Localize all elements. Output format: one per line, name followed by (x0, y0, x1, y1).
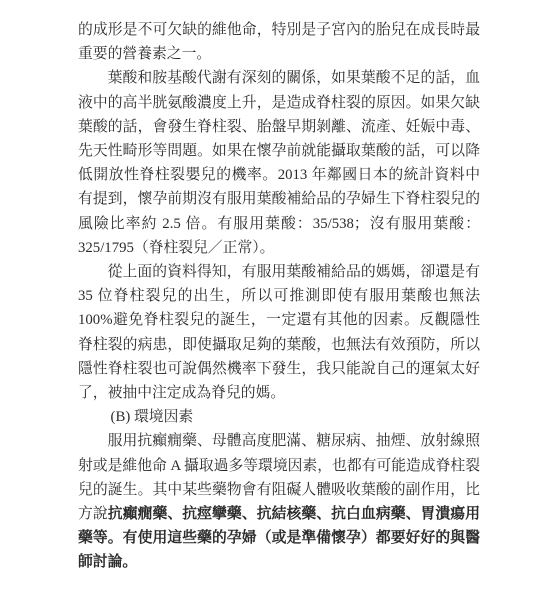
paragraph-vitamin-continuation: 的成形是不可欠缺的維他命，特別是子宮內的胎兒在成長時最重要的營養素之一。 (78, 18, 480, 66)
paragraph-data-interpretation: 從上面的資料得知，有服用葉酸補給品的媽媽，卻還是有 35 位脊柱裂兒的出生，所以… (78, 260, 480, 405)
document-page: 的成形是不可欠缺的維他命，特別是子宮內的胎兒在成長時最重要的營養素之一。 葉酸和… (78, 18, 480, 575)
environment-factors-bold-warning: 抗癲癇藥、抗痙攣藥、抗結核藥、抗白血病藥、胃潰瘍用藥等。有使用這些藥的孕婦（或是… (78, 506, 480, 570)
section-heading-environment-factors: (B) 環境因素 (78, 405, 480, 429)
paragraph-environment-factors: 服用抗癲癇藥、母體高度肥滿、糖尿病、抽煙、放射線照射或是維他命 A 攝取過多等環… (78, 429, 480, 574)
paragraph-folic-acid-statistics: 葉酸和胺基酸代謝有深刻的關係，如果葉酸不足的話，血液中的高半胱氨酸濃度上升，是造… (78, 66, 480, 260)
